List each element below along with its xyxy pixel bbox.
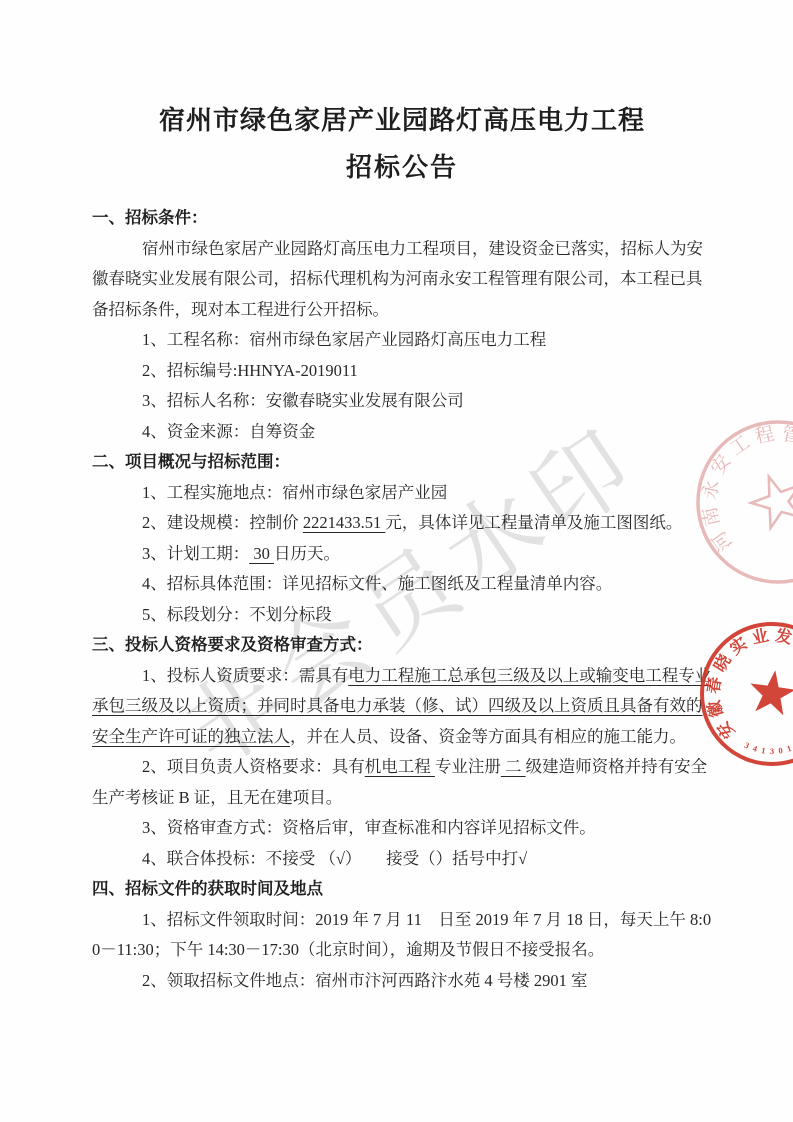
page-title: 宿州市绿色家居产业园路灯高压电力工程 xyxy=(92,102,712,140)
list-item: 5、标段划分：不划分标段 xyxy=(92,600,712,631)
text-run: 2、领取招标文件地点：宿州市汴河西路汴水苑 4 号楼 2901 室 xyxy=(142,971,588,990)
text-run: 4、联合体投标：不接受 （√） 接受（）括号中打√ xyxy=(142,849,527,868)
section-heading: 三、投标人资格要求及资格审查方式： xyxy=(92,630,712,661)
text-run: 日历天。 xyxy=(274,544,340,563)
text-run: ，并在人员、设备、资金等方面具有相应的施工能力。 xyxy=(290,727,686,746)
text-run: 1、工程实施地点：宿州市绿色家居产业园 xyxy=(142,483,447,502)
text-run: 4、资金来源：自筹资金 xyxy=(142,422,315,441)
list-item: 3、招标人名称：安徽春晓实业发展有限公司 xyxy=(92,386,712,417)
text-run: 2、建设规模：控制价 xyxy=(142,513,303,532)
section-heading: 一、招标条件： xyxy=(92,203,712,234)
list-item: 3、计划工期： 30 日历天。 xyxy=(92,539,712,570)
list-item: 3、资格审查方式：资格后审，审查标准和内容详见招标文件。 xyxy=(92,813,712,844)
text-run: 4、招标具体范围：详见招标文件、施工图纸及工程量清单内容。 xyxy=(142,574,612,593)
list-item: 1、招标文件领取时间：2019 年 7 月 11 日至 2019 年 7 月 1… xyxy=(92,905,712,966)
section-heading: 四、招标文件的获取时间及地点 xyxy=(92,874,712,905)
underlined-text: 30 xyxy=(249,544,274,563)
underlined-text: 二 xyxy=(501,757,526,776)
list-item: 4、资金来源：自筹资金 xyxy=(92,417,712,448)
text-run: 3、资格审查方式：资格后审，审查标准和内容详见招标文件。 xyxy=(142,818,596,837)
list-item: 4、招标具体范围：详见招标文件、施工图纸及工程量清单内容。 xyxy=(92,569,712,600)
list-item: 2、项目负责人资格要求：具有机电工程 专业注册 二 级建造师资格并持有安全生产考… xyxy=(92,752,712,813)
text-run: 5、标段划分：不划分标段 xyxy=(142,605,332,624)
page-subtitle: 招标公告 xyxy=(92,149,712,187)
text-run: 1、工程名称：宿州市绿色家居产业园路灯高压电力工程 xyxy=(142,330,546,349)
section-heading: 二、项目概况与招标范围： xyxy=(92,447,712,478)
text-run: 1、招标文件领取时间：2019 年 7 月 11 日至 2019 年 7 月 1… xyxy=(92,910,711,960)
list-item: 4、联合体投标：不接受 （√） 接受（）括号中打√ xyxy=(92,844,712,875)
underlined-text: 2221433.51 xyxy=(303,513,386,532)
text-run: 2、招标编号:HHNYA-2019011 xyxy=(142,361,358,380)
list-item: 2、领取招标文件地点：宿州市汴河西路汴水苑 4 号楼 2901 室 xyxy=(92,966,712,997)
document-sections: 一、招标条件：宿州市绿色家居产业园路灯高压电力工程项目，建设资金已落实，招标人为… xyxy=(92,203,712,996)
list-item: 2、建设规模：控制价 2221433.51 元，具体详见工程量清单及施工图图纸。 xyxy=(92,508,712,539)
list-item: 2、招标编号:HHNYA-2019011 xyxy=(92,356,712,387)
text-run: 元，具体详见工程量清单及施工图图纸。 xyxy=(385,513,682,532)
text-run: 2、项目负责人资格要求：具有 xyxy=(142,757,365,776)
document-page: 非会员水印 宿州市绿色家居产业园路灯高压电力工程 招标公告 一、招标条件：宿州市… xyxy=(0,0,793,1122)
text-run: 3、计划工期： xyxy=(142,544,249,563)
text-run: 1、投标人资质要求：需具有 xyxy=(142,666,348,685)
document-content: 宿州市绿色家居产业园路灯高压电力工程 招标公告 一、招标条件：宿州市绿色家居产业… xyxy=(0,102,793,996)
doc-paragraph: 宿州市绿色家居产业园路灯高压电力工程项目，建设资金已落实，招标人为安徽春晓实业发… xyxy=(92,234,712,326)
list-item: 1、投标人资质要求：需具有电力工程施工总承包三级及以上或输变电工程专业承包三级及… xyxy=(92,661,712,753)
text-run: 宿州市绿色家居产业园路灯高压电力工程项目，建设资金已落实，招标人为安徽春晓实业发… xyxy=(92,239,703,319)
text-run: 3、招标人名称：安徽春晓实业发展有限公司 xyxy=(142,391,464,410)
list-item: 1、工程实施地点：宿州市绿色家居产业园 xyxy=(92,478,712,509)
text-run: 专业注册 xyxy=(435,757,501,776)
underlined-text: 机电工程 xyxy=(365,757,435,776)
list-item: 1、工程名称：宿州市绿色家居产业园路灯高压电力工程 xyxy=(92,325,712,356)
